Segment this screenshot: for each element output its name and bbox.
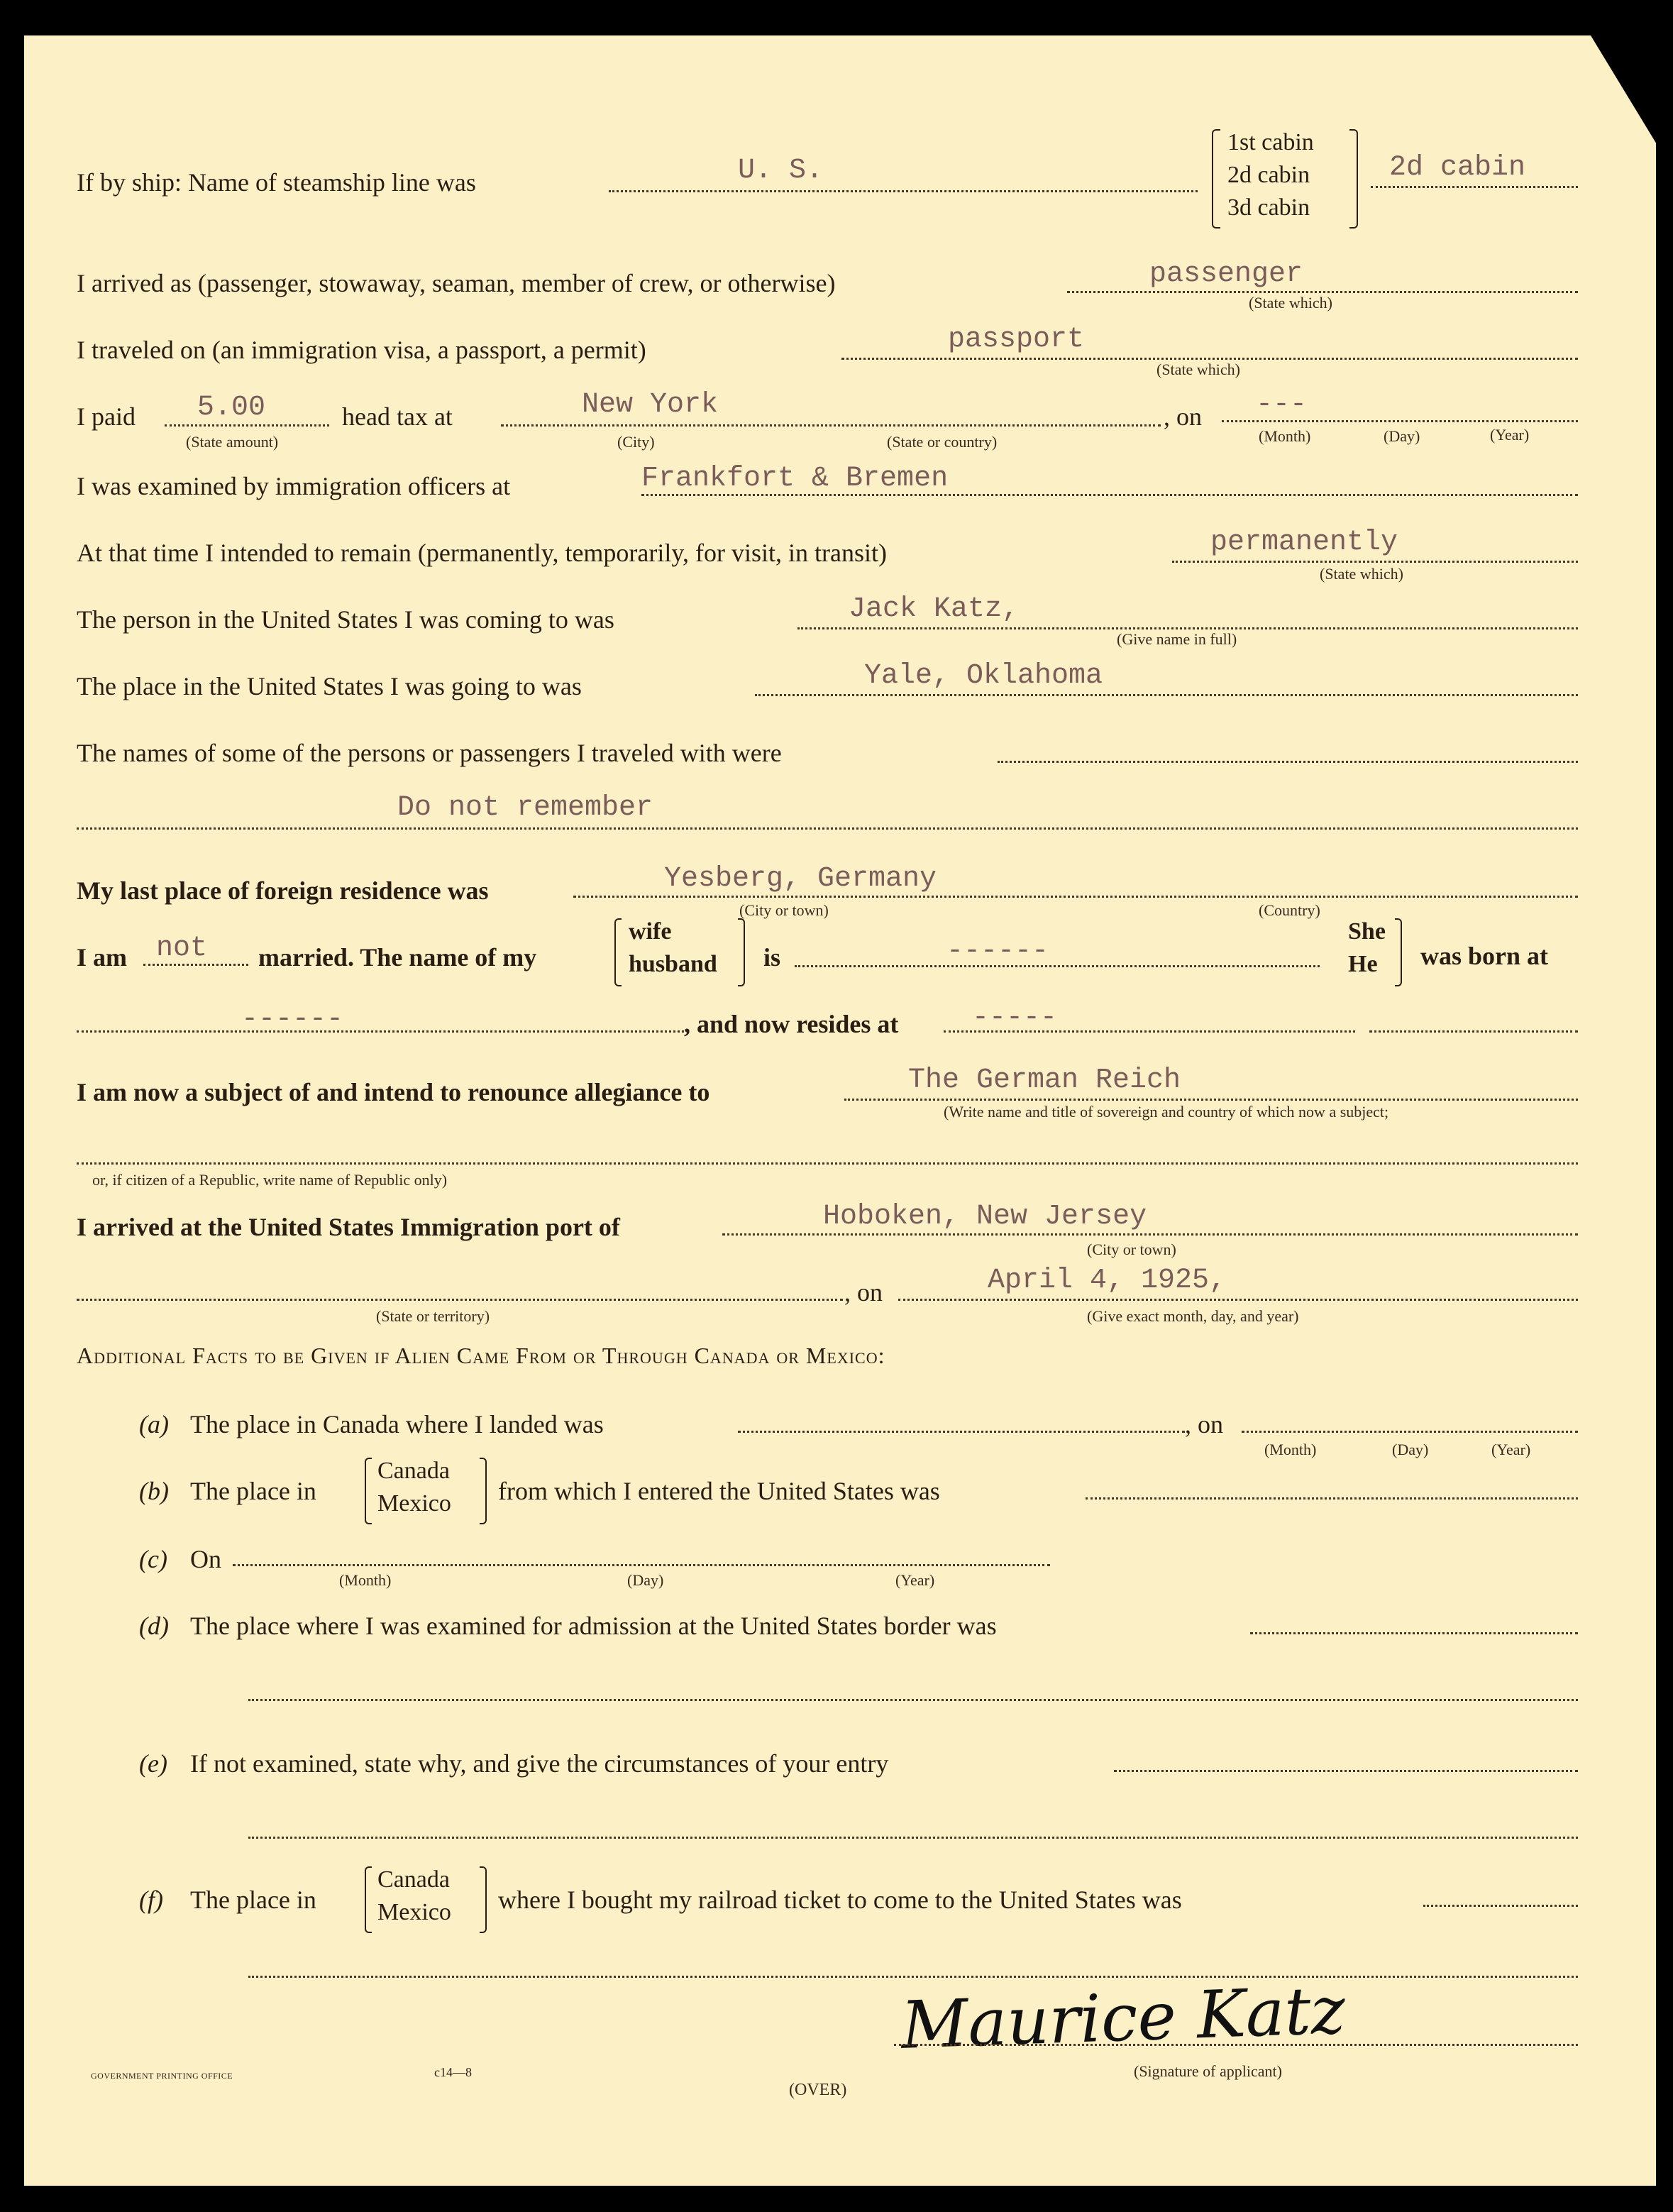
arrived-as-label: I arrived as (passenger, stowaway, seama… xyxy=(77,268,835,298)
residence-country-hint: (Country) xyxy=(1259,901,1320,920)
place-value: Yale, Oklahoma xyxy=(864,660,1103,692)
item-a-place-field-line[interactable] xyxy=(738,1431,1185,1433)
item-d-marker: (d) xyxy=(139,1611,169,1641)
companions-field-line[interactable] xyxy=(998,761,1578,763)
item-d-label: The place where I was examined for admis… xyxy=(190,1611,997,1641)
cabin-value: 2d cabin xyxy=(1389,152,1525,184)
item-b-marker: (b) xyxy=(139,1476,169,1506)
cabin-option-3d: 3d cabin xyxy=(1227,192,1314,224)
item-a-date-field-line[interactable] xyxy=(1242,1431,1578,1433)
resides-field-line-2[interactable] xyxy=(1369,1030,1578,1033)
item-c-year-hint: (Year) xyxy=(895,1571,934,1590)
item-f-bracket-left xyxy=(365,1866,372,1933)
item-b-bracket-left xyxy=(365,1458,372,1524)
port-label: I arrived at the United States Immigrati… xyxy=(77,1212,620,1242)
item-d-field-line-2[interactable] xyxy=(248,1699,1578,1701)
port-on-label: , on xyxy=(844,1277,883,1307)
person-field-line[interactable] xyxy=(797,627,1578,629)
item-f-option-canada: Canada xyxy=(377,1864,451,1896)
residence-label: My last place of foreign residence was xyxy=(77,876,489,906)
item-f-label-post: where I bought my railroad ticket to com… xyxy=(498,1885,1182,1915)
amount-field-line[interactable] xyxy=(165,424,329,427)
item-e-label: If not examined, state why, and give the… xyxy=(190,1749,888,1778)
birthplace-field-line[interactable] xyxy=(77,1030,684,1033)
item-f-field-line[interactable] xyxy=(1423,1905,1578,1907)
cabin-option-2d: 2d cabin xyxy=(1227,159,1314,192)
person-value: Jack Katz, xyxy=(849,593,1019,625)
pronoun-option-he: He xyxy=(1348,948,1386,981)
person-hint: (Give name in full) xyxy=(1117,630,1237,649)
item-b-label-pre: The place in xyxy=(190,1476,316,1506)
married-label: married. The name of my xyxy=(258,942,536,972)
head-tax-date-value: --- xyxy=(1256,389,1307,421)
item-b-bracket-right xyxy=(480,1458,487,1524)
form-code: c14—8 xyxy=(434,2065,472,2080)
item-c-month-hint: (Month) xyxy=(339,1571,391,1590)
traveled-on-field-line[interactable] xyxy=(841,358,1578,360)
cabin-field-line[interactable] xyxy=(1371,186,1578,188)
item-d-field-line[interactable] xyxy=(1250,1632,1578,1634)
port-value: Hoboken, New Jersey xyxy=(823,1201,1147,1233)
intended-hint: (State which) xyxy=(1320,565,1403,583)
item-b-option-canada: Canada xyxy=(377,1455,451,1487)
item-f-bracket-right xyxy=(480,1866,487,1933)
i-am-label: I am xyxy=(77,942,127,972)
port-state-hint: (State or territory) xyxy=(376,1307,490,1326)
additional-heading: Additional Facts to be Given if Alien Ca… xyxy=(77,1343,885,1369)
signature-hint: (Signature of applicant) xyxy=(1134,2062,1282,2081)
cabin-bracket-left xyxy=(1212,129,1220,229)
arrived-as-value: passenger xyxy=(1149,258,1303,290)
city-hint: (City) xyxy=(617,433,655,451)
item-a-day-hint: (Day) xyxy=(1392,1441,1428,1459)
residence-field-line[interactable] xyxy=(573,896,1578,898)
signature-field-line[interactable] xyxy=(894,2044,1578,2046)
birthplace-value: ------ xyxy=(241,1003,343,1035)
allegiance-field-line[interactable] xyxy=(844,1099,1578,1101)
item-b-options: Canada Mexico xyxy=(377,1455,451,1520)
traveled-on-label: I traveled on (an immigration visa, a pa… xyxy=(77,335,646,365)
state-hint: (State or country) xyxy=(887,433,997,451)
amount-value: 5.00 xyxy=(197,392,265,424)
item-e-field-line[interactable] xyxy=(1114,1770,1578,1772)
spouse-bracket-left xyxy=(614,918,622,986)
allegiance-hint: (Write name and title of sovereign and c… xyxy=(944,1103,1388,1121)
head-tax-label: head tax at xyxy=(342,402,453,431)
item-a-year-hint: (Year) xyxy=(1491,1441,1530,1459)
companions-label: The names of some of the persons or pass… xyxy=(77,738,782,768)
paid-label: I paid xyxy=(77,402,136,431)
item-a-month-hint: (Month) xyxy=(1264,1441,1316,1459)
is-label: is xyxy=(763,942,780,972)
allegiance-field-line-2[interactable] xyxy=(77,1162,1578,1165)
traveled-on-hint: (State which) xyxy=(1156,361,1240,379)
day-hint: (Day) xyxy=(1384,427,1420,446)
item-a-on-label: , on xyxy=(1185,1409,1223,1439)
residence-value: Yesberg, Germany xyxy=(664,863,937,895)
allegiance-hint-2: or, if citizen of a Republic, write name… xyxy=(92,1171,447,1189)
place-label: The place in the United States I was goi… xyxy=(77,671,582,701)
port-city-hint: (City or town) xyxy=(1087,1240,1176,1259)
person-label: The person in the United States I was co… xyxy=(77,605,614,634)
pronoun-bracket-right xyxy=(1395,918,1402,986)
item-c-marker: (c) xyxy=(139,1544,167,1574)
port-field-line[interactable] xyxy=(722,1233,1578,1236)
ship-value: U. S. xyxy=(738,155,823,187)
arrived-as-field-line[interactable] xyxy=(1067,291,1578,293)
pronoun-option-she: She xyxy=(1348,915,1386,948)
resides-label: , and now resides at xyxy=(684,1009,898,1039)
spouse-name-field-line[interactable] xyxy=(795,965,1320,967)
item-a-marker: (a) xyxy=(139,1409,169,1439)
item-f-marker: (f) xyxy=(139,1885,163,1915)
spouse-options: wife husband xyxy=(629,915,717,981)
item-c-day-hint: (Day) xyxy=(627,1571,663,1590)
cabin-options: 1st cabin 2d cabin 3d cabin xyxy=(1227,126,1314,224)
month-hint: (Month) xyxy=(1259,427,1310,446)
item-f-options: Canada Mexico xyxy=(377,1864,451,1929)
on-label: , on xyxy=(1164,402,1202,431)
head-tax-city-value: New York xyxy=(582,389,718,421)
intended-field-line[interactable] xyxy=(1172,561,1578,563)
item-c-date-field-line[interactable] xyxy=(233,1564,1050,1566)
printer-mark: GOVERNMENT PRINTING OFFICE xyxy=(91,2071,233,2081)
applicant-signature: Maurice Katz xyxy=(900,1972,1346,2064)
item-f-field-line-2[interactable] xyxy=(248,1976,1578,1978)
item-e-field-line-2[interactable] xyxy=(248,1837,1578,1839)
item-c-label: On xyxy=(190,1544,221,1574)
over-note: (OVER) xyxy=(789,2081,846,2100)
examined-label: I was examined by immigration officers a… xyxy=(77,471,510,501)
examined-value: Frankfort & Bremen xyxy=(641,463,948,495)
item-b-option-mexico: Mexico xyxy=(377,1487,451,1520)
ship-label: If by ship: Name of steamship line was xyxy=(77,167,476,197)
year-hint: (Year) xyxy=(1490,426,1529,444)
pronoun-options: She He xyxy=(1348,915,1386,981)
item-a-label: The place in Canada where I landed was xyxy=(190,1409,604,1439)
residence-city-hint: (City or town) xyxy=(739,901,829,920)
amount-hint: (State amount) xyxy=(186,433,278,451)
spouse-option-wife: wife xyxy=(629,915,717,948)
ship-field-line[interactable] xyxy=(609,190,1198,192)
item-b-label-post: from which I entered the United States w… xyxy=(498,1476,940,1506)
port-date-field-line[interactable] xyxy=(898,1299,1578,1301)
port-state-field-line[interactable] xyxy=(77,1299,843,1301)
place-field-line[interactable] xyxy=(755,694,1578,696)
companions-field-line-2[interactable] xyxy=(77,827,1578,830)
spouse-name-value: ------ xyxy=(946,935,1049,967)
allegiance-label: I am now a subject of and intend to reno… xyxy=(77,1077,709,1107)
spouse-bracket-right xyxy=(738,918,745,986)
cabin-option-1st: 1st cabin xyxy=(1227,126,1314,159)
head-tax-place-field-line[interactable] xyxy=(501,424,1161,427)
intended-label: At that time I intended to remain (perma… xyxy=(77,538,887,568)
item-f-label-pre: The place in xyxy=(190,1885,316,1915)
item-e-marker: (e) xyxy=(139,1749,167,1778)
companions-value: Do not remember xyxy=(397,792,653,824)
port-date-hint: (Give exact month, day, and year) xyxy=(1087,1307,1299,1326)
traveled-on-value: passport xyxy=(948,324,1084,356)
born-label: was born at xyxy=(1420,941,1548,971)
married-value: not xyxy=(156,932,207,964)
item-b-field-line[interactable] xyxy=(1086,1497,1578,1500)
allegiance-value: The German Reich xyxy=(908,1064,1181,1096)
item-f-option-mexico: Mexico xyxy=(377,1896,451,1929)
resides-value: ----- xyxy=(972,1002,1057,1034)
port-date-value: April 4, 1925, xyxy=(988,1265,1226,1297)
arrived-as-hint: (State which) xyxy=(1249,294,1332,312)
cabin-bracket-right xyxy=(1349,129,1358,229)
intended-value: permanently xyxy=(1210,527,1398,558)
spouse-option-husband: husband xyxy=(629,948,717,981)
